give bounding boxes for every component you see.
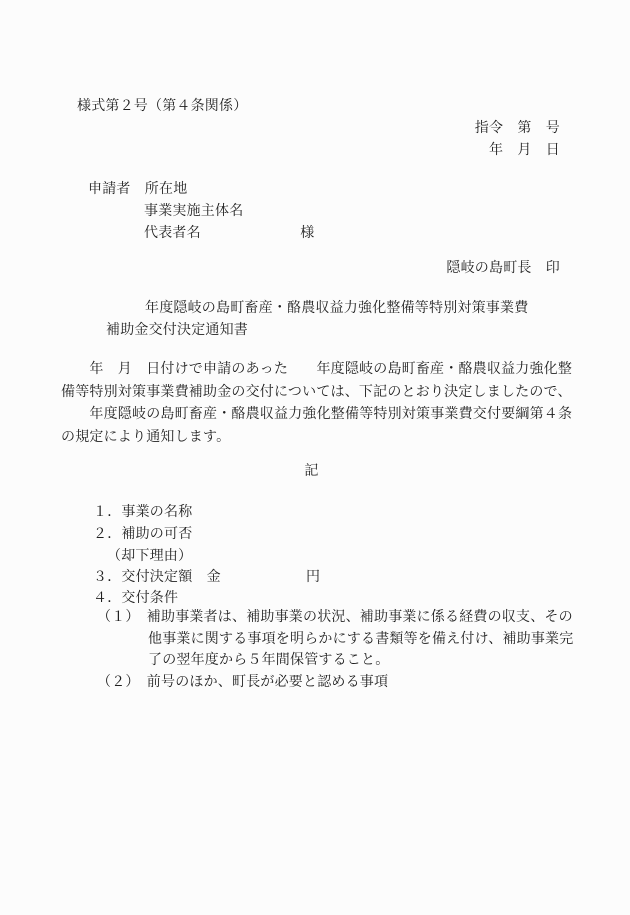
list-item-3-grant-amount: ３．交付決定額 金 円 xyxy=(93,568,320,586)
date-line: 年 月 日 xyxy=(489,141,560,159)
body-paragraph-line-1: 年 月 日付けで申請のあった 年度隠岐の島町畜産・酪農収益力強化整 xyxy=(61,360,572,378)
title-line-1: 年度隠岐の島町畜産・酪農収益力強化整備等特別対策事業費 xyxy=(145,299,528,317)
applicant-entity-line: 事業実施主体名 xyxy=(144,202,243,220)
issuer-mayor-line: 隠岐の島町長 印 xyxy=(446,259,560,277)
form-number-line: 様式第２号（第４条関係） xyxy=(77,97,247,115)
condition-2-line-1: （２） 前号のほか、町長が必要と認める事項 xyxy=(97,673,388,691)
applicant-representative-line: 代表者名 様 xyxy=(144,224,314,242)
applicant-address-line: 申請者 所在地 xyxy=(88,180,187,198)
condition-1-line-2: 他事業に関する事項を明らかにする書類等を備え付け、補助事業完 xyxy=(148,630,573,648)
body-paragraph-line-2: 備等特別対策事業費補助金の交付については、下記のとおり決定しましたので、 xyxy=(61,383,572,401)
list-item-4-grant-conditions: ４．交付条件 xyxy=(93,589,178,607)
record-marker: 記 xyxy=(61,462,562,480)
condition-1-line-3: 了の翌年度から５年間保管すること。 xyxy=(148,651,389,669)
title-line-2: 補助金交付決定通知書 xyxy=(106,321,248,339)
list-item-1-project-name: １．事業の名称 xyxy=(93,503,192,521)
body-paragraph-line-3: 年度隠岐の島町畜産・酪農収益力強化整備等特別対策事業費交付要綱第４条 xyxy=(61,405,572,423)
directive-number-line: 指令 第 号 xyxy=(475,119,560,137)
condition-1-line-1: （１） 補助事業者は、補助事業の状況、補助事業に係る経費の収支、その xyxy=(97,608,573,626)
list-item-2-subsidy-decision: ２．補助の可否 xyxy=(93,525,192,543)
list-item-2-rejection-reason: （却下理由） xyxy=(107,547,192,565)
document-page: 様式第２号（第４条関係） 指令 第 号 年 月 日 申請者 所在地 事業実施主体… xyxy=(0,0,630,915)
body-paragraph-line-4: の規定により通知します。 xyxy=(61,428,230,446)
